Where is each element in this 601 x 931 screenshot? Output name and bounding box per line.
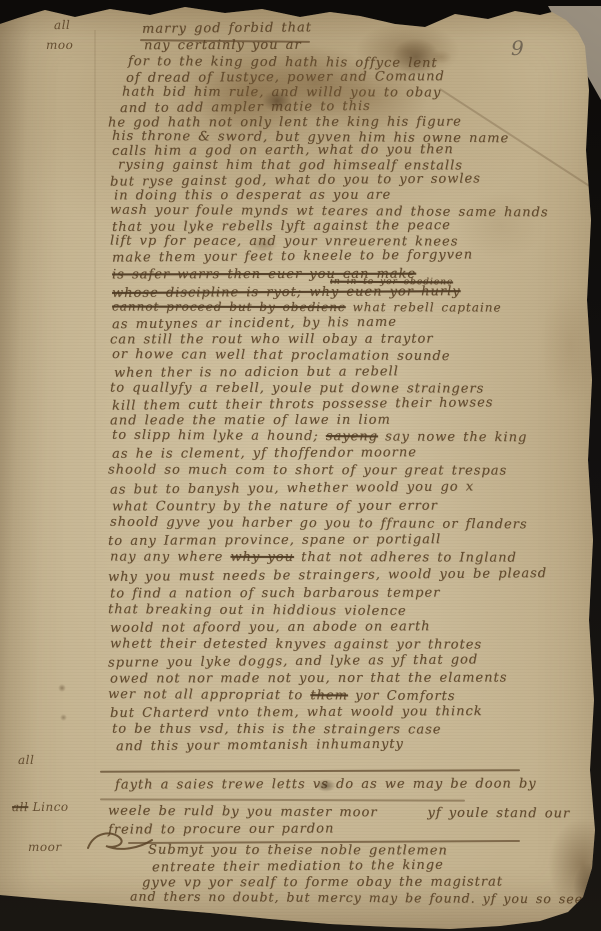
line-text: as but to banysh you, whether woold you … xyxy=(110,479,474,497)
manuscript-scan: 9 marry god forbid thatnay certainly you… xyxy=(0,0,601,931)
line-text: nay any where xyxy=(110,549,230,564)
deleted-text: cannot proceed but by obedienc xyxy=(112,299,346,314)
manuscript-line: shoold gyve you harber go you to ffraunc… xyxy=(110,515,528,533)
manuscript-line: as but to banysh you, whether woold you … xyxy=(110,479,474,497)
line-text: marry god forbid that xyxy=(142,20,312,36)
line-text: whett their detested knyves against yor … xyxy=(110,637,482,653)
line-text: all xyxy=(18,753,34,767)
line-text: can still the rout who will obay a trayt… xyxy=(110,332,434,348)
line-text: that breaking out in hiddious violence xyxy=(108,602,407,619)
manuscript-line: marry god forbid that xyxy=(142,20,312,36)
manuscript-line: woold not afoord you, an abode on earth xyxy=(110,619,431,636)
line-text: or howe can well that proclamation sound… xyxy=(112,347,451,364)
manuscript-line: kill them cutt their throts possesse the… xyxy=(112,395,494,413)
line-text: and to add ampler matie to this xyxy=(120,99,371,116)
manuscript-line: he god hath not only lent the king his f… xyxy=(108,115,462,131)
line-text: hath bid him rule, and willd you to obay xyxy=(122,85,441,101)
line-text: as mutynes ar incident, by his name xyxy=(112,315,397,332)
manuscript-line: for to the king god hath his offyce lent xyxy=(128,54,438,71)
text-layer: marry god forbid thatnay certainly you a… xyxy=(0,0,601,931)
manuscript-line: to be thus vsd, this is the straingers c… xyxy=(112,722,442,738)
manuscript-line: entreate their mediation to the kinge xyxy=(152,858,444,876)
manuscript-line: whett their detested knyves against yor … xyxy=(110,637,482,653)
manuscript-line: hath bid him rule, and willd you to obay xyxy=(122,85,441,101)
manuscript-line: shoold so much com to short of your grea… xyxy=(108,462,507,478)
line-text: make them your feet to kneele to be forg… xyxy=(112,247,473,265)
line-text: moor xyxy=(28,840,62,854)
line-text: that not adheres to Ingland xyxy=(294,550,517,566)
line-text: of dread of Iustyce, power and Comaund xyxy=(126,69,445,86)
line-text: why you must needs be straingers, woold … xyxy=(108,566,547,585)
manuscript-line: owed not nor made not you, nor that the … xyxy=(110,670,507,686)
manuscript-line: spurne you lyke doggs, and lyke as yf th… xyxy=(108,652,478,670)
deleted-text: why you xyxy=(230,550,294,565)
manuscript-line: as he is clement, yf thoffendor moorne xyxy=(112,445,417,462)
line-text: shoold so much com to short of your grea… xyxy=(108,462,507,478)
line-text: Submyt you to theise noble gentlemen xyxy=(148,843,448,859)
manuscript-line: fayth a saies trewe letts vs do as we ma… xyxy=(115,776,537,792)
deleted-text: whose discipline is ryot; why euen yor h… xyxy=(112,284,461,301)
line-text: in doing this o desperat as you are xyxy=(114,188,391,204)
speech-prefix: all xyxy=(54,18,70,32)
line-text: and this your momtanish inhumanyty xyxy=(116,737,404,755)
line-text: moo xyxy=(46,38,73,52)
speech-prefix: moor xyxy=(28,840,62,854)
line-text: shoold gyve you harber go you to ffraunc… xyxy=(110,515,528,533)
line-text: wer not all appropriat to xyxy=(108,687,310,703)
line-text: that you lyke rebells lyft against the p… xyxy=(112,218,451,235)
manuscript-line: and this your momtanish inhumanyty xyxy=(116,737,404,755)
line-text: entreate their mediation to the kinge xyxy=(152,858,444,876)
line-text: what rebell captaine xyxy=(346,300,502,314)
manuscript-line: that breaking out in hiddious violence xyxy=(108,602,407,619)
manuscript-line: wash your foule mynds wt teares and thos… xyxy=(110,203,549,221)
manuscript-line: and leade the matie of lawe in liom xyxy=(110,413,391,429)
manuscript-line: freind to procure our pardon xyxy=(108,821,334,837)
line-text: but Charterd vnto them, what woold you t… xyxy=(110,704,483,721)
manuscript-line: but Charterd vnto them, what woold you t… xyxy=(110,704,483,721)
manuscript-line: to find a nation of such barbarous tempe… xyxy=(110,586,440,602)
line-text: yor Comforts xyxy=(348,688,456,704)
manuscript-line: can still the rout who will obay a trayt… xyxy=(110,332,434,348)
line-text: and thers no doubt, but mercy may be fou… xyxy=(130,889,601,907)
manuscript-line: in doing this o desperat as you are xyxy=(114,188,391,204)
line-text: all xyxy=(54,18,70,32)
line-text: say nowe the king xyxy=(378,429,527,445)
manuscript-line: of dread of Iustyce, power and Comaund xyxy=(126,69,445,86)
manuscript-line: and thers no doubt, but mercy may be fou… xyxy=(130,889,601,907)
line-text: but ryse gainst god, what do you to yor … xyxy=(110,171,481,189)
manuscript-line: calls him a god on earth, what do you th… xyxy=(112,142,454,159)
speech-prefix: moo xyxy=(46,38,73,52)
line-text: to any Iarman province, spane or portiga… xyxy=(108,532,441,549)
line-text: to find a nation of such barbarous tempe… xyxy=(110,586,440,602)
manuscript-line: make them your feet to kneele to be forg… xyxy=(112,247,473,265)
manuscript-line: and to add ampler matie to this xyxy=(120,99,371,116)
line-text: wash your foule mynds wt teares and thos… xyxy=(110,203,549,221)
deleted-text: all xyxy=(12,800,28,814)
line-text: as he is clement, yf thoffendor moorne xyxy=(112,445,417,462)
manuscript-line: that you lyke rebells lyft against the p… xyxy=(112,218,451,235)
manuscript-line: why you must needs be straingers, woold … xyxy=(108,566,547,585)
manuscript-line: whose discipline is ryot; why euen yor h… xyxy=(112,284,461,301)
manuscript-line: wer not all appropriat to them yor Comfo… xyxy=(108,687,456,704)
line-text: weele be ruld by you master moor yf youl… xyxy=(108,804,570,822)
manuscript-line: Submyt you to theise noble gentlemen xyxy=(148,843,448,859)
manuscript-line: but ryse gainst god, what do you to yor … xyxy=(110,171,481,189)
line-text: calls him a god on earth, what do you th… xyxy=(112,142,454,159)
line-text: spurne you lyke doggs, and lyke as yf th… xyxy=(108,652,478,670)
manuscript-line: to slipp him lyke a hound; sayeng say no… xyxy=(112,428,527,446)
line-text: fayth a saies trewe letts vs do as we ma… xyxy=(115,776,537,792)
manuscript-line: to any Iarman province, spane or portiga… xyxy=(108,532,441,549)
manuscript-line: cannot proceed but by obedienc what rebe… xyxy=(112,299,502,314)
manuscript-line: or howe can well that proclamation sound… xyxy=(112,347,451,364)
line-text: Linco xyxy=(28,800,68,814)
manuscript-line: as mutynes ar incident, by his name xyxy=(112,315,397,332)
manuscript-line: when ther is no adicion but a rebell xyxy=(114,364,399,380)
line-text: what Country by the nature of your error xyxy=(112,499,438,515)
line-text: to quallyfy a rebell, youle put downe st… xyxy=(110,381,484,397)
line-text: freind to procure our pardon xyxy=(108,821,334,837)
line-text: woold not afoord you, an abode on earth xyxy=(110,619,431,636)
line-text: to be thus vsd, this is the straingers c… xyxy=(112,722,442,738)
manuscript-line: what Country by the nature of your error xyxy=(112,499,438,515)
line-text: he god hath not only lent the king his f… xyxy=(108,115,462,131)
line-text: kill them cutt their throts possesse the… xyxy=(112,395,494,413)
line-text: for to the king god hath his offyce lent xyxy=(128,54,438,71)
line-text: when ther is no adicion but a rebell xyxy=(114,364,399,380)
manuscript-line: to quallyfy a rebell, youle put downe st… xyxy=(110,381,484,397)
speech-prefix: all Linco xyxy=(12,800,69,814)
deleted-text: sayeng xyxy=(326,429,378,444)
line-text: and leade the matie of lawe in liom xyxy=(110,413,391,429)
line-text: to slipp him lyke a hound; xyxy=(112,428,326,444)
manuscript-line: nay any where why you that not adheres t… xyxy=(110,549,517,565)
deleted-text: them xyxy=(310,688,348,703)
line-text: owed not nor made not you, nor that the … xyxy=(110,670,507,686)
speech-prefix: all xyxy=(18,753,34,767)
manuscript-page: 9 marry god forbid thatnay certainly you… xyxy=(0,0,601,931)
manuscript-line: weele be ruld by you master moor yf youl… xyxy=(108,804,570,822)
